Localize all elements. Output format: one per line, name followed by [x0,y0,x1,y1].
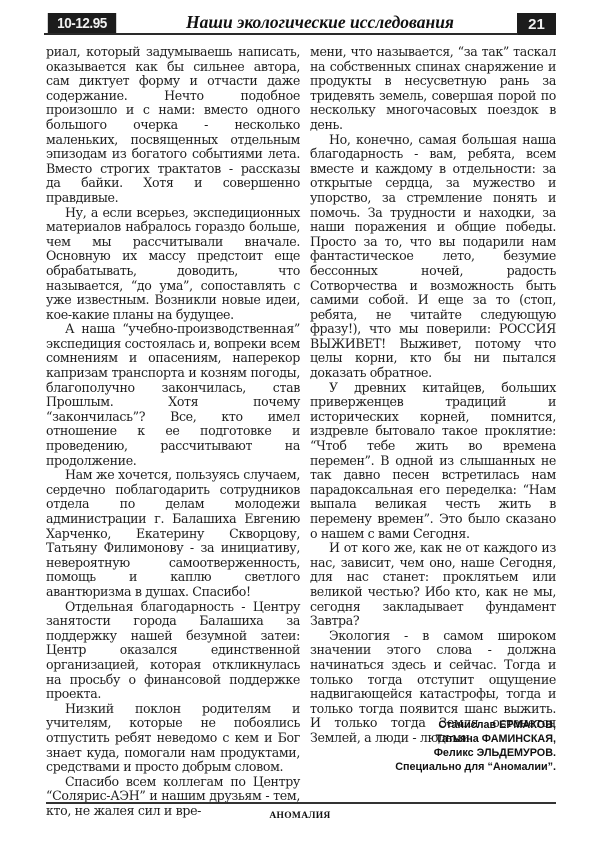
paragraph: Но, конечно, самая большая наша благодар… [310,133,556,381]
left-column: риал, который задумываешь написать, оказ… [46,45,300,818]
paragraph: Отдельная благодарность - Центру занятос… [46,600,300,702]
paragraph: У древних китайцев, больших приверженцев… [310,381,556,542]
paragraph: мени, что называется, “за так” таскал на… [310,45,556,133]
header-rule [44,33,518,35]
right-column: мени, что называется, “за так” таскал на… [310,45,556,746]
issue-date-badge: 10-12.95 [48,13,116,34]
section-title: Наши экологические исследования [140,12,500,33]
paragraph: А наша “учебно-производственная” экспеди… [46,322,300,468]
paragraph: риал, который задумываешь написать, оказ… [46,45,300,206]
dedication-line: Специально для “Аномалии”. [370,760,556,774]
paragraph: Низкий поклон родителям и учителям, кото… [46,702,300,775]
paragraph: Нам же хочется, пользуясь случаем, серде… [46,468,300,599]
footer-rule [46,802,556,804]
author-line: Феликс ЭЛЬДЕМУРОВ. [370,746,556,760]
publication-name: АНОМАЛИЯ [0,811,600,821]
author-line: Татьяна ФАМИНСКАЯ, [370,732,556,746]
author-signature: Станислав ЕРМАКОВ, Татьяна ФАМИНСКАЯ, Фе… [370,718,556,774]
page-number-badge: 21 [517,13,556,35]
paragraph: И от кого же, как не от каждого из нас, … [310,541,556,629]
paragraph: Ну, а если всерьез, экспедиционных матер… [46,206,300,323]
author-line: Станислав ЕРМАКОВ, [370,718,556,732]
